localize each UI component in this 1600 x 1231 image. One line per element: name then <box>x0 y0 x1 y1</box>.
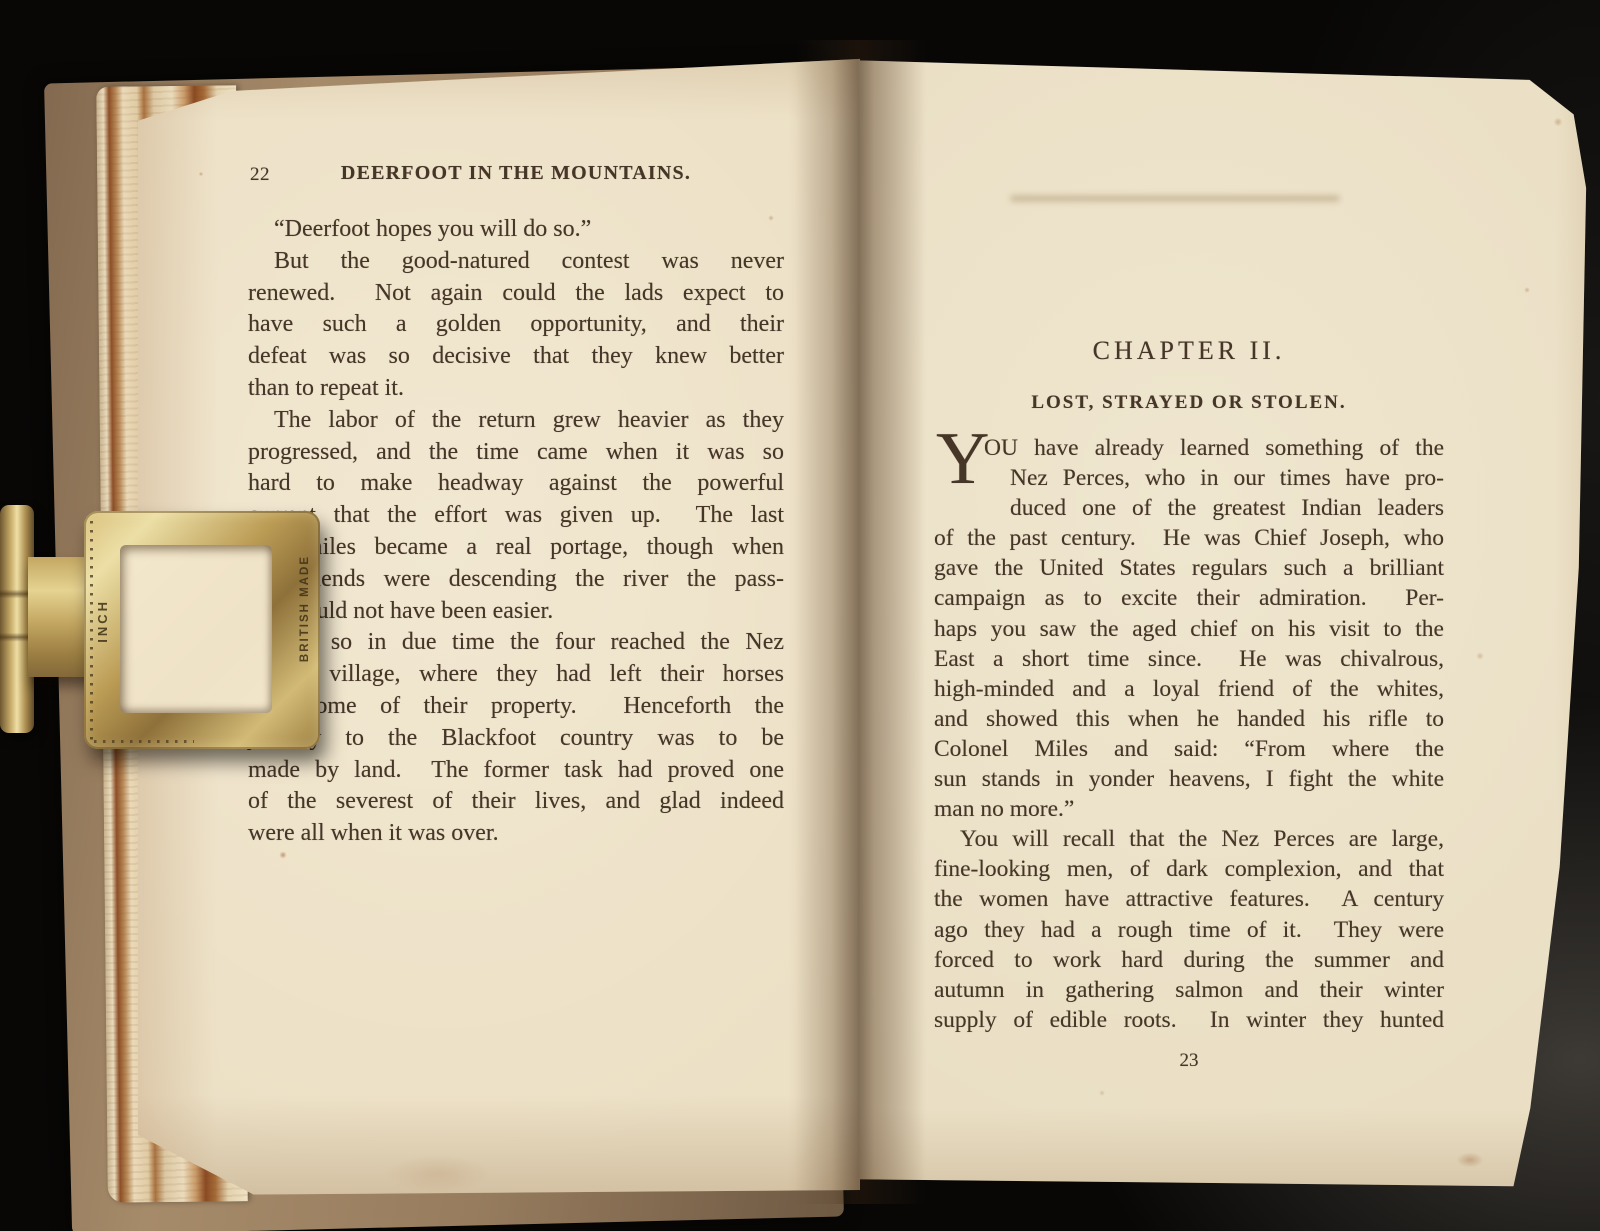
text-line: campaign as to excite their admiration. … <box>934 583 1444 613</box>
text-line: man no more.” <box>934 794 1444 824</box>
text-line: renewed. Not again could the lads expect… <box>248 278 784 310</box>
show-through-text-smudge <box>1010 195 1340 202</box>
text-line: and showed this when he handed his rifle… <box>934 704 1444 734</box>
right-page-number: 23 <box>934 1050 1444 1072</box>
text-line: But the good-natured contest was never <box>248 246 784 278</box>
inch-stamp-label: INCH <box>95 599 110 643</box>
text-line: the women have attractive features. A ce… <box>934 884 1444 914</box>
ruler-tick-marks-vertical <box>90 521 93 741</box>
text-line: of the past century. He was Chief Joseph… <box>934 523 1444 553</box>
text-line: “Deerfoot hopes you will do so.” <box>248 214 784 246</box>
text-line: The labor of the return grew heavier as … <box>248 405 784 437</box>
text-line: were all when it was over. <box>248 818 784 850</box>
text-line: ago they had a rough time of it. They we… <box>934 915 1444 945</box>
text-line: high-minded and a loyal friend of the wh… <box>934 674 1444 704</box>
running-title: DEERFOOT IN THE MOUNTAINS. <box>248 162 784 185</box>
left-page-number: 22 <box>250 164 270 186</box>
book-gutter-shadow <box>795 40 927 1204</box>
text-line: sun stands in yonder heavens, I fight th… <box>934 764 1444 794</box>
text-line: autumn in gathering salmon and their win… <box>934 975 1444 1005</box>
text-line: Nez Perces, who in our times have pro- <box>934 463 1444 493</box>
text-line: You will recall that the Nez Perces are … <box>934 824 1444 854</box>
text-line: of the severest of their lives, and glad… <box>248 786 784 818</box>
text-line: East a short time since. He was chivalro… <box>934 644 1444 674</box>
text-line: progressed, and the time came when it wa… <box>248 437 784 469</box>
text-line: supply of edible roots. In winter they h… <box>934 1005 1444 1035</box>
chapter-heading: CHAPTER II. <box>934 336 1444 366</box>
right-page-body-text: Y OU have already learned something of t… <box>934 433 1444 1035</box>
chapter-subtitle: LOST, STRAYED OR STOLEN. <box>934 392 1444 414</box>
text-line: than to repeat it. <box>248 373 784 405</box>
clasp-square-frame: INCH BRITISH MADE <box>84 511 320 749</box>
ruler-tick-marks-horizontal <box>94 740 194 743</box>
brass-clasp: INCH BRITISH MADE <box>0 495 340 760</box>
drop-cap-letter: Y <box>936 428 989 490</box>
clasp-strap <box>28 557 92 677</box>
text-line: defeat was so decisive that they knew be… <box>248 341 784 373</box>
left-page-header: 22 DEERFOOT IN THE MOUNTAINS. <box>248 162 784 188</box>
british-made-stamp-label: BRITISH MADE <box>299 555 311 662</box>
text-line: haps you saw the aged chief on his visit… <box>934 614 1444 644</box>
photo-open-antique-book: 22 DEERFOOT IN THE MOUNTAINS. “Deerfoot … <box>0 0 1600 1231</box>
text-line: have such a golden opportunity, and thei… <box>248 309 784 341</box>
text-line: OU have already learned something of the <box>934 433 1444 463</box>
text-line: gave the United States regulars such a b… <box>934 553 1444 583</box>
text-line: duced one of the greatest Indian leaders <box>934 493 1444 523</box>
text-line: forced to work hard during the summer an… <box>934 945 1444 975</box>
text-line: Colonel Miles and said: “From where the <box>934 734 1444 764</box>
text-line: fine-looking men, of dark complexion, an… <box>934 854 1444 884</box>
clasp-frame-opening <box>120 545 272 713</box>
